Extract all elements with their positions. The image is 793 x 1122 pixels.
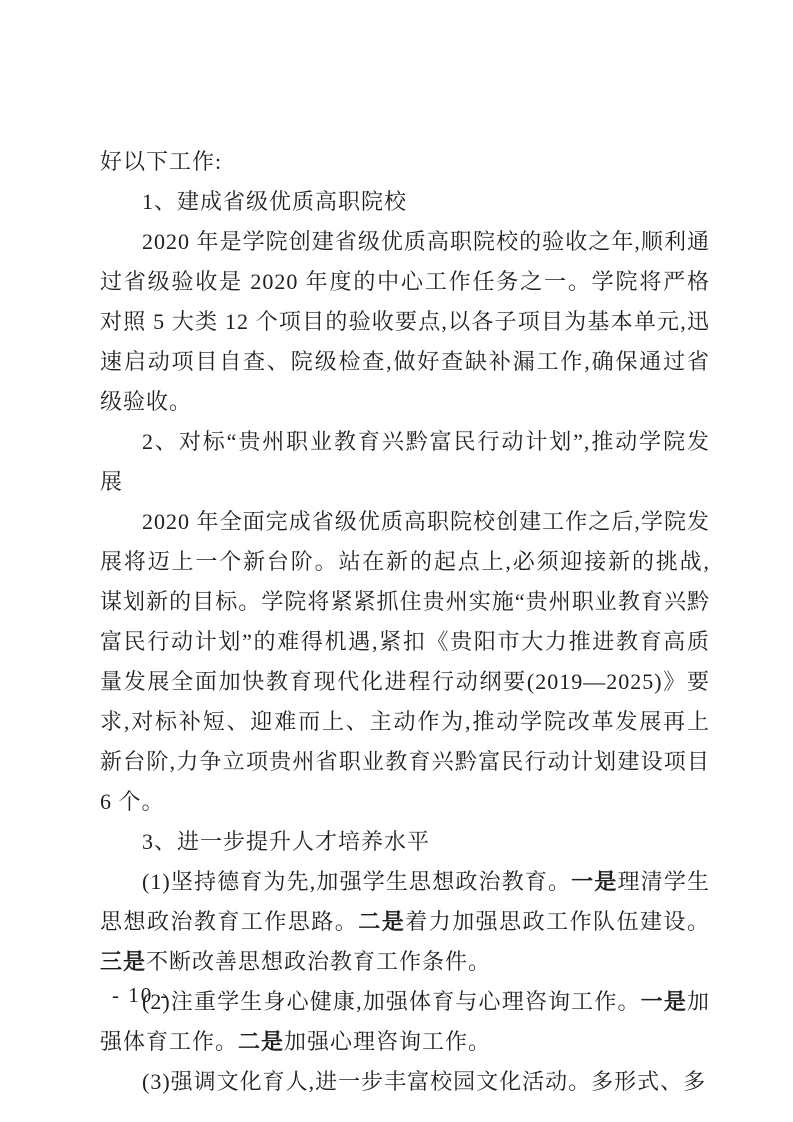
paragraph: (2)注重学生身心健康,加强体育与心理咨询工作。一是加强体育工作。二是加强心理咨…	[100, 982, 710, 1062]
document-page: 好以下工作:1、建成省级优质高职院校2020 年是学院创建省级优质高职院校的验收…	[0, 0, 793, 1122]
paragraph: 1、建成省级优质高职院校	[100, 182, 710, 222]
emphasis-run: 二是	[358, 909, 405, 934]
text-run: 2020 年全面完成省级优质高职院校创建工作之后,学院发展将迈上一个新台阶。站在…	[100, 509, 710, 814]
page-number: - 10 -	[112, 983, 170, 1007]
text-run: (1)坚持德育为先,加强学生思想政治教育。	[142, 869, 571, 894]
emphasis-run: 一是	[571, 869, 617, 894]
text-run: 1、建成省级优质高职院校	[142, 189, 407, 214]
text-run: 好以下工作:	[100, 149, 222, 174]
paragraph: (1)坚持德育为先,加强学生思想政治教育。一是理清学生思想政治教育工作思路。二是…	[100, 862, 710, 982]
paragraph: 2020 年全面完成省级优质高职院校创建工作之后,学院发展将迈上一个新台阶。站在…	[100, 502, 710, 822]
paragraph: 2020 年是学院创建省级优质高职院校的验收之年,顺利通过省级验收是 2020 …	[100, 222, 710, 422]
text-run: 3、进一步提升人才培养水平	[142, 829, 430, 854]
emphasis-run: 一是	[641, 989, 687, 1014]
emphasis-run: 二是	[238, 1029, 284, 1054]
text-run: 2020 年是学院创建省级优质高职院校的验收之年,顺利通过省级验收是 2020 …	[100, 229, 710, 414]
paragraph: 2、对标“贵州职业教育兴黔富民行动计划”,推动学院发展	[100, 422, 710, 502]
text-run: 加强心理咨询工作。	[284, 1029, 491, 1054]
text-run: (3)强调文化育人,进一步丰富校园文化活动。多形式、多	[142, 1069, 706, 1094]
document-body: 好以下工作:1、建成省级优质高职院校2020 年是学院创建省级优质高职院校的验收…	[100, 142, 710, 1102]
page-footer: - 10 -	[112, 980, 170, 1010]
text-run: 2、对标“贵州职业教育兴黔富民行动计划”,推动学院发展	[100, 429, 710, 494]
paragraph: (3)强调文化育人,进一步丰富校园文化活动。多形式、多	[100, 1062, 710, 1102]
text-run: 不断改善思想政治教育工作条件。	[146, 949, 491, 974]
paragraph: 3、进一步提升人才培养水平	[100, 822, 710, 862]
paragraph: 好以下工作:	[100, 142, 710, 182]
text-run: 着力加强思政工作队伍建设。	[405, 909, 710, 934]
emphasis-run: 三是	[100, 949, 146, 974]
text-run: (2)注重学生身心健康,加强体育与心理咨询工作。	[142, 989, 641, 1014]
